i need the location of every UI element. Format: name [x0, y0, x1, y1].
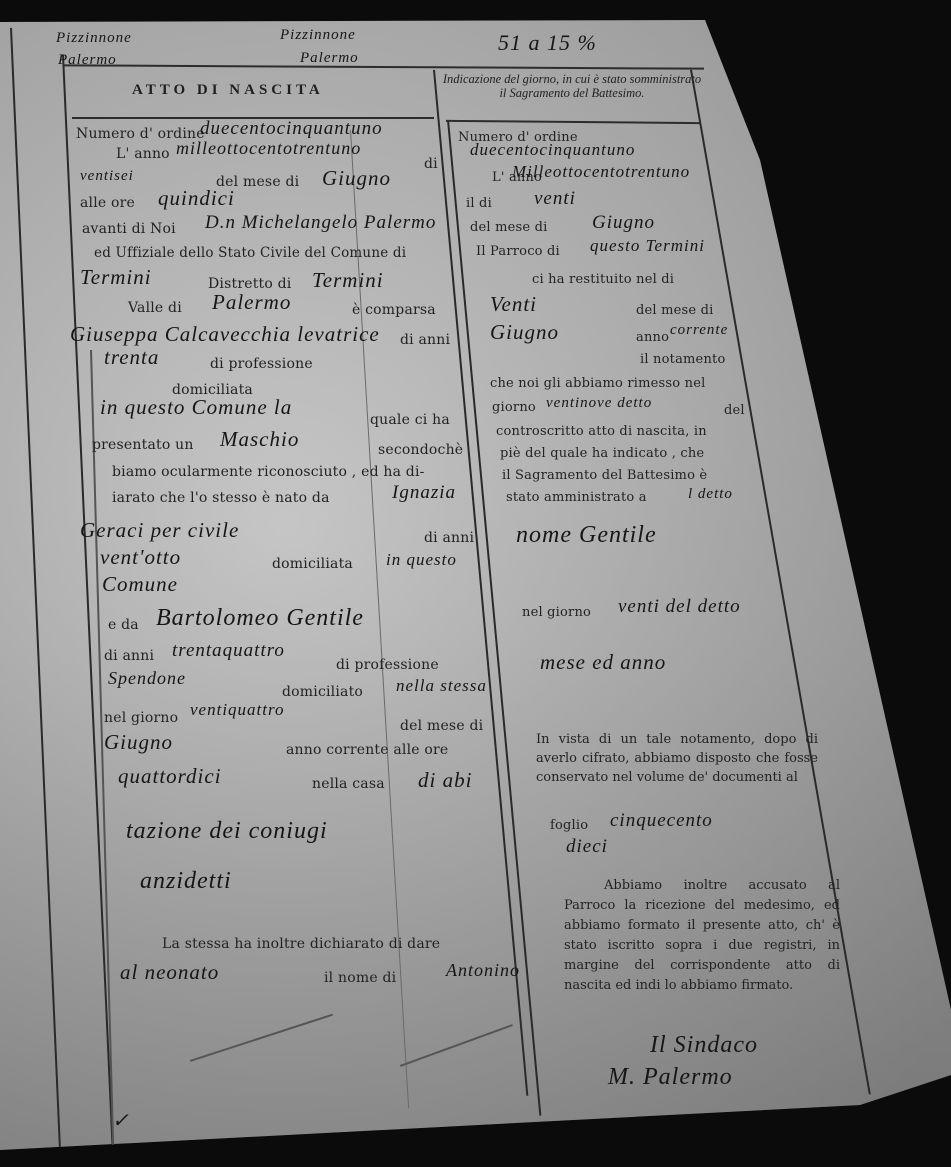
- value-valle: Palermo: [212, 290, 291, 315]
- label-mese-2: del mese di: [400, 718, 483, 734]
- r-label-pie: piè del quale ha indicato , che: [500, 446, 704, 461]
- value-domicilio-madre: in questo: [386, 550, 457, 570]
- r-value-il-di: venti: [534, 188, 576, 210]
- r-value-nome-gentile: nome Gentile: [516, 522, 657, 549]
- r-value-mese: Giugno: [592, 212, 655, 234]
- r-label-mese: del mese di: [470, 220, 548, 235]
- label-il-nome: il nome di: [324, 970, 396, 986]
- label-ore: alle ore: [80, 195, 135, 211]
- label-anno-corrente: anno corrente alle ore: [286, 742, 448, 758]
- r-paragraph-notamento: In vista di un tale notamento, dopo di a…: [536, 730, 818, 787]
- value-distretto: Termini: [312, 268, 384, 293]
- r-label-rimesso: che noi gli abbiamo rimesso nel: [490, 376, 705, 391]
- value-comune-madre: Comune: [102, 572, 178, 597]
- label-di-anni-2: di anni: [424, 530, 474, 546]
- r-label-notamento: il notamento: [640, 352, 725, 367]
- r-label-nel-giorno: nel giorno: [522, 605, 591, 620]
- label-nel-giorno-1: nel giorno: [104, 710, 178, 726]
- r-value-numero-ordine: duecentocinquantuno: [470, 140, 635, 160]
- signature-name: M. Palermo: [608, 1064, 733, 1091]
- r-value-foglio-2: dieci: [566, 836, 608, 858]
- r-label-amministrato: stato amministrato a: [506, 490, 647, 505]
- r-paragraph-closing: Abbiamo inoltre accusato al Parroco la r…: [564, 876, 840, 996]
- r-label-anno-2: anno: [636, 330, 669, 345]
- margin-note-1: Pizzinnone: [56, 30, 132, 47]
- signature-sindaco: Il Sindaco: [650, 1032, 758, 1059]
- r-label-restituito: ci ha restituito nel di: [532, 272, 674, 287]
- left-column-title: ATTO DI NASCITA: [132, 82, 324, 99]
- r-value-mese-anno: mese ed anno: [540, 650, 666, 675]
- value-dichiarante: Giuseppa Calcavecchia levatrice: [70, 322, 380, 347]
- label-quale-ci-ha: quale ci ha: [370, 412, 450, 428]
- value-padre: Bartolomeo Gentile: [156, 605, 364, 632]
- value-casa: di abi: [418, 768, 472, 793]
- label-domiciliato: domiciliato: [282, 684, 363, 700]
- value-anzidetti: anzidetti: [140, 868, 232, 895]
- label-di-anni-3: di anni: [104, 648, 154, 664]
- r-label-sagramento: il Sagramento del Battesimo è: [502, 468, 707, 483]
- label-dichiarato-nome: La stessa ha inoltre dichiarato di dare: [162, 936, 440, 952]
- r-label-foglio: foglio: [550, 818, 588, 833]
- label-presentato: presentato un: [92, 437, 194, 453]
- right-column-title: Indicazione del giorno, in cui è stato s…: [442, 72, 702, 100]
- margin-mark: ✓: [112, 1108, 130, 1133]
- value-mese: Giugno: [322, 166, 391, 191]
- r-label-mese-2: del mese di: [636, 303, 714, 318]
- value-sesso: Maschio: [220, 427, 299, 452]
- margin-note-4: Palermo: [300, 50, 359, 67]
- label-nella-casa: nella casa: [312, 776, 385, 792]
- label-avanti-noi: avanti di Noi: [82, 221, 176, 237]
- r-value-foglio: cinquecento: [610, 810, 713, 832]
- r-label-del: del: [724, 403, 745, 418]
- r-value-anno: Milleottocentotrentuno: [512, 162, 690, 182]
- value-madre-cognome: Geraci per civile: [80, 518, 239, 543]
- label-di: di: [424, 156, 438, 172]
- value-anno: milleottocentotrentuno: [176, 138, 361, 159]
- label-ufficiale-comune: ed Uffiziale dello Stato Civile del Comu…: [94, 245, 406, 261]
- label-professione-2: di professione: [336, 657, 439, 673]
- value-giorno: ventisei: [80, 168, 134, 185]
- label-e-da: e da: [108, 617, 139, 633]
- r-label-parroco: Il Parroco di: [476, 244, 560, 259]
- margin-note-2: Palermo: [58, 52, 117, 69]
- r-value-giorno: ventinove detto: [546, 395, 652, 412]
- r-label-controscritto: controscritto atto di nascita, in: [496, 424, 707, 439]
- label-dichiarato-nato: iarato che l'o stesso è nato da: [112, 490, 330, 506]
- label-comparsa: è comparsa: [352, 302, 436, 318]
- r-value-venti: Venti: [490, 292, 537, 317]
- r-value-nel-giorno: venti del detto: [618, 596, 741, 618]
- label-professione-1: di professione: [210, 356, 313, 372]
- r-value-corrente: corrente: [670, 322, 728, 339]
- value-eta-madre: vent'otto: [100, 545, 181, 570]
- value-eta-padre: trentaquattro: [172, 640, 285, 662]
- value-madre-nome: Ignazia: [392, 482, 456, 504]
- label-domiciliata-2: domiciliata: [272, 556, 353, 572]
- value-numero-ordine: duecentocinquantuno: [200, 118, 383, 140]
- value-eta-dichiarante: trenta: [104, 345, 159, 370]
- archive-reference: 51 a 15 %: [498, 30, 597, 56]
- r-value-giugno: Giugno: [490, 320, 559, 345]
- label-di-anni-1: di anni: [400, 332, 450, 348]
- value-domicilio-padre: nella stessa: [396, 676, 487, 696]
- label-valle: Valle di: [128, 300, 182, 316]
- value-professione-padre: Spendone: [108, 668, 186, 689]
- value-al-neonato: al neonato: [120, 960, 219, 985]
- value-giorno-nascita: ventiquattro: [190, 700, 284, 720]
- label-riconosciuto: biamo ocularmente riconosciuto , ed ha d…: [112, 464, 425, 480]
- value-ufficiale: D.n Michelangelo Palermo: [205, 212, 436, 234]
- value-ore: quindici: [158, 186, 235, 211]
- value-abitazione: tazione dei coniugi: [126, 818, 328, 845]
- label-secondoche: secondochè: [378, 442, 463, 458]
- value-nome-bambino: Antonino: [446, 960, 520, 981]
- r-value-amministrato: l detto: [688, 486, 733, 503]
- r-label-il-di: il di: [466, 196, 492, 211]
- value-ora-nascita: quattordici: [118, 764, 222, 789]
- r-value-parroco: questo Termini: [590, 236, 705, 256]
- value-comune: Termini: [80, 265, 152, 290]
- label-anno: L' anno: [116, 146, 170, 162]
- value-mese-nascita: Giugno: [104, 730, 173, 755]
- r-label-giorno: giorno: [492, 400, 536, 415]
- value-domicilio-1: in questo Comune la: [100, 395, 292, 420]
- margin-note-3: Pizzinnone: [280, 27, 356, 44]
